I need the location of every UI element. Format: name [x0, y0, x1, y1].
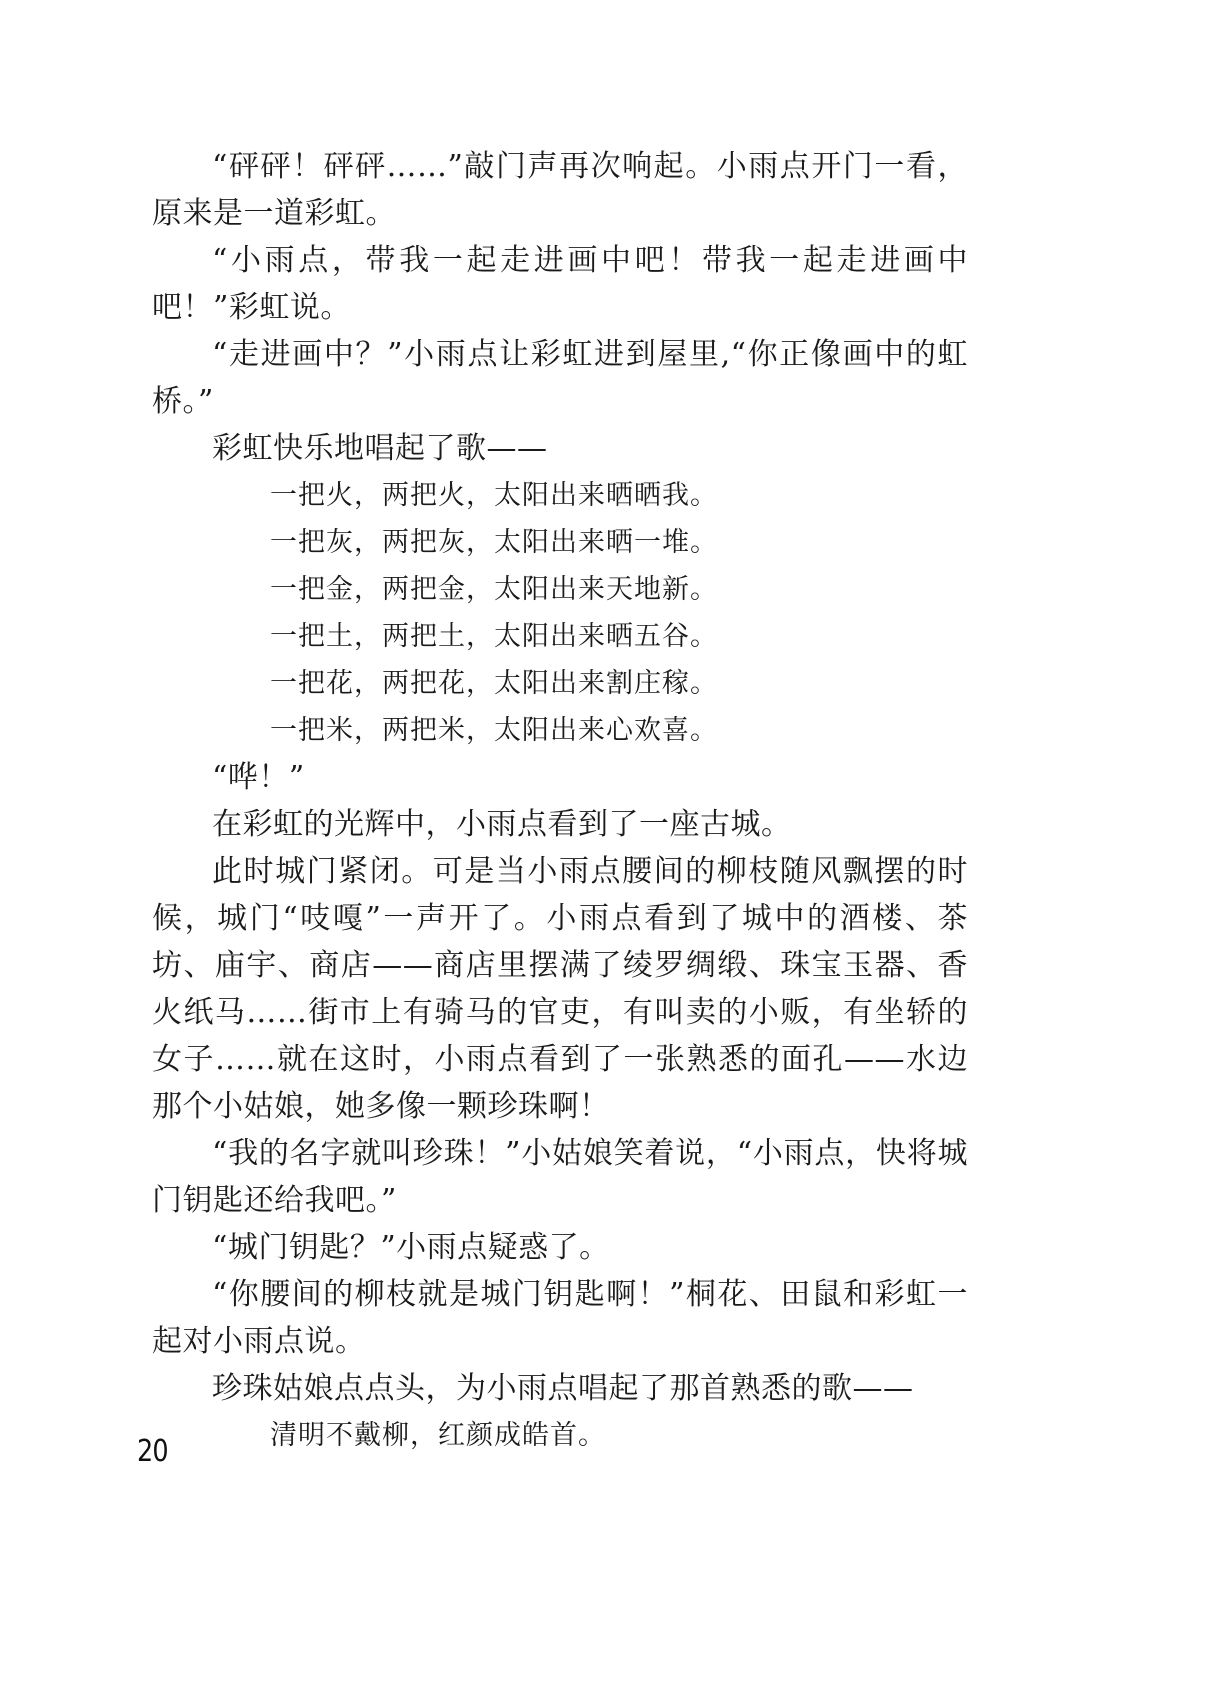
paragraph-rainbow-request: “小雨点，带我一起走进画中吧！带我一起走进画中吧！”彩虹说。 [152, 237, 968, 331]
paragraph-ancient-city: 在彩虹的光辉中，小雨点看到了一座古城。 [152, 801, 968, 848]
paragraph-knock: “砰砰！砰砰……”敲门声再次响起。小雨点开门一看，原来是一道彩虹。 [152, 143, 968, 237]
verse-line: 一把灰，两把灰，太阳出来晒一堆。 [152, 519, 968, 566]
paragraph-willow-key: “你腰间的柳枝就是城门钥匙啊！”桐花、田鼠和彩虹一起对小雨点说。 [152, 1271, 968, 1365]
verse-line: 一把土，两把土，太阳出来晒五谷。 [152, 613, 968, 660]
paragraph-pearl-sings: 珍珠姑娘点点头，为小雨点唱起了那首熟悉的歌—— [152, 1365, 968, 1412]
paragraph-city-gate: 此时城门紧闭。可是当小雨点腰间的柳枝随风飘摆的时候，城门“吱嘎”一声开了。小雨点… [152, 848, 968, 1130]
verse-line: 一把花，两把花，太阳出来割庄稼。 [152, 660, 968, 707]
verse-line: 一把金，两把金，太阳出来天地新。 [152, 566, 968, 613]
page-number: 20 [137, 1434, 168, 1469]
paragraph-exclamation: “哗！” [152, 754, 968, 801]
paragraph-rainbow-sings: 彩虹快乐地唱起了歌—— [152, 425, 968, 472]
paragraph-into-painting: “走进画中？”小雨点让彩虹进到屋里,“你正像画中的虹桥。” [152, 331, 968, 425]
paragraph-pearl-name: “我的名字就叫珍珠！”小姑娘笑着说，“小雨点，快将城门钥匙还给我吧。” [152, 1130, 968, 1224]
page-body: “砰砰！砰砰……”敲门声再次响起。小雨点开门一看，原来是一道彩虹。 “小雨点，带… [152, 143, 968, 1459]
verse-line: 一把火，两把火，太阳出来晒晒我。 [152, 472, 968, 519]
verse-line: 清明不戴柳，红颜成皓首。 [152, 1412, 968, 1459]
paragraph-gate-key-question: “城门钥匙？”小雨点疑惑了。 [152, 1224, 968, 1271]
verse-line: 一把米，两把米，太阳出来心欢喜。 [152, 707, 968, 754]
